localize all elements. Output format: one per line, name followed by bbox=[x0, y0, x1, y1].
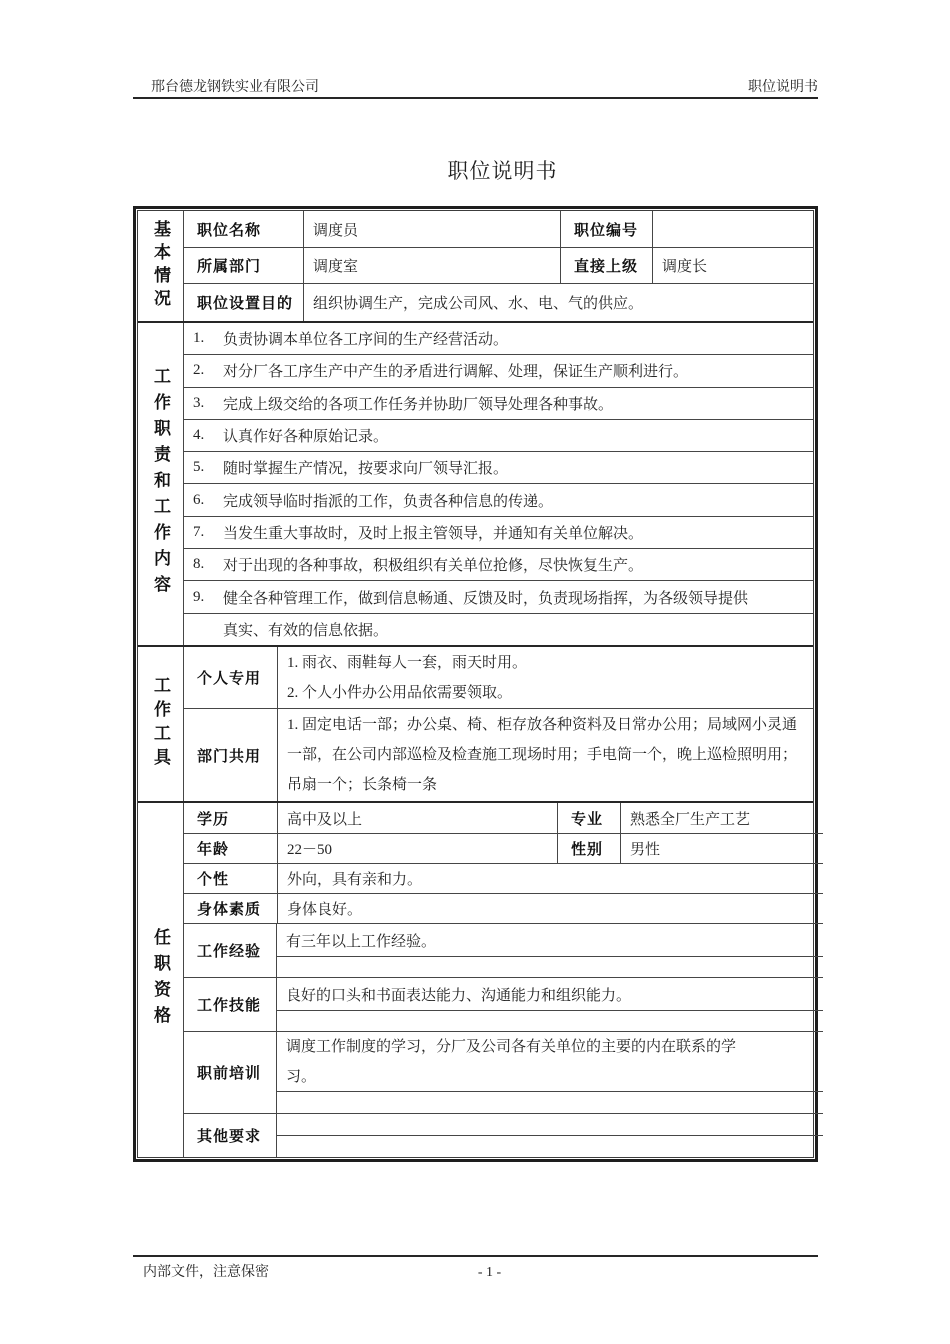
section-basic-body: 职位名称 调度员 职位编号 所属部门 调度室 直接上级 调度长 职位设置目的 组… bbox=[184, 211, 813, 321]
section-label-work-tools: 工作工具 bbox=[138, 647, 184, 801]
label-department: 所属部门 bbox=[184, 248, 303, 283]
label-personal-tools: 个人专用 bbox=[184, 647, 277, 708]
duty-text: 对于出现的各种事故，积极组织有关单位抢修，尽快恢复生产。 bbox=[223, 554, 813, 575]
value-position-purpose: 组织协调生产，完成公司风、水、电、气的供应。 bbox=[303, 284, 813, 321]
duty-item: 7. 当发生重大事故时，及时上报主管领导，并通知有关单位解决。 bbox=[184, 516, 813, 548]
table-row-group: 其他要求 bbox=[184, 1113, 823, 1157]
value-direct-superior: 调度长 bbox=[652, 248, 813, 283]
label-specialty: 专业 bbox=[557, 803, 620, 833]
label-shared-tools: 部门共用 bbox=[184, 709, 277, 801]
duty-item: 5. 随时掌握生产情况，按要求向厂领导汇报。 bbox=[184, 451, 813, 483]
duty-number: 5. bbox=[184, 459, 223, 476]
value-personal-tools: 1. 雨衣、雨鞋每人一套，雨天时用。 2. 个人小件办公用品依需要领取。 bbox=[277, 647, 813, 708]
document-title: 职位说明书 bbox=[160, 155, 845, 185]
label-age: 年龄 bbox=[184, 834, 277, 863]
label-position-purpose: 职位设置目的 bbox=[184, 284, 303, 321]
value-job-number bbox=[652, 211, 813, 247]
label-job-number: 职位编号 bbox=[560, 211, 652, 247]
duty-item: 8. 对于出现的各种事故，积极组织有关单位抢修，尽快恢复生产。 bbox=[184, 548, 813, 580]
label-work-skills: 工作技能 bbox=[184, 978, 277, 1031]
work-skills-cells: 良好的口头和书面表达能力、沟通能力和组织能力。 bbox=[277, 978, 823, 1031]
page-header: 邢台德龙钢铁实业有限公司 职位说明书 bbox=[133, 80, 818, 96]
duty-number: 6. bbox=[184, 492, 223, 509]
duty-number: 3. bbox=[184, 395, 223, 412]
table-row-group: 职前培训 调度工作制度的学习，分厂及公司各有关单位的主要的内在联系的学习。 bbox=[184, 1031, 823, 1113]
footer-rule bbox=[133, 1255, 818, 1257]
duty-number: 1. bbox=[184, 330, 223, 347]
section-basic-info: 基本情况 职位名称 调度员 职位编号 所属部门 调度室 直接上级 调度长 bbox=[138, 211, 813, 321]
value-physique: 身体良好。 bbox=[277, 894, 823, 923]
value-other-requirements bbox=[277, 1114, 823, 1136]
value-work-experience: 有三年以上工作经验。 bbox=[277, 924, 823, 957]
duty-item: 9. 健全各种管理工作，做到信息畅通、反馈及时，负责现场指挥，为各级领导提供 bbox=[184, 580, 813, 612]
value-specialty: 熟悉全厂生产工艺 bbox=[620, 803, 823, 833]
duty-item: 3. 完成上级交给的各项工作任务并协助厂领导处理各种事故。 bbox=[184, 387, 813, 419]
other-requirements-cells bbox=[277, 1114, 823, 1157]
duty-text: 完成上级交给的各项工作任务并协助厂领导处理各种事故。 bbox=[223, 393, 813, 414]
section-tools-body: 个人专用 1. 雨衣、雨鞋每人一套，雨天时用。 2. 个人小件办公用品依需要领取… bbox=[184, 647, 813, 801]
value-gender: 男性 bbox=[620, 834, 823, 863]
duty-text: 随时掌握生产情况，按要求向厂领导汇报。 bbox=[223, 457, 813, 478]
document-page: 邢台德龙钢铁实业有限公司 职位说明书 职位说明书 基本情况 职位名称 调度员 职… bbox=[0, 0, 950, 1344]
empty-cell bbox=[277, 1011, 823, 1031]
label-education: 学历 bbox=[184, 803, 277, 833]
duty-item: 2. 对分厂各工序生产中产生的矛盾进行调解、处理，保证生产顺利进行。 bbox=[184, 354, 813, 386]
value-work-skills: 良好的口头和书面表达能力、沟通能力和组织能力。 bbox=[277, 978, 823, 1011]
empty-cell bbox=[277, 1092, 823, 1113]
table-row: 部门共用 1. 固定电话一部；办公桌、椅、柜存放各种资料及日常办公用；局域网小灵… bbox=[184, 708, 813, 801]
header-rule bbox=[133, 97, 818, 99]
duty-number: 4. bbox=[184, 427, 223, 444]
duty-number: 7. bbox=[184, 524, 223, 541]
section-label-qualifications: 任职资格 bbox=[138, 803, 184, 1157]
label-gender: 性别 bbox=[557, 834, 620, 863]
duty-text: 健全各种管理工作，做到信息畅通、反馈及时，负责现场指挥，为各级领导提供 bbox=[223, 587, 813, 608]
value-age: 22－50 bbox=[277, 834, 557, 863]
table-row-group: 工作技能 良好的口头和书面表达能力、沟通能力和组织能力。 bbox=[184, 977, 823, 1031]
shared-tools-text: 1. 固定电话一部；办公桌、椅、柜存放各种资料及日常办公用；局域网小灵通一部，在… bbox=[287, 710, 807, 800]
duty-item: 6. 完成领导临时指派的工作，负责各种信息的传递。 bbox=[184, 483, 813, 515]
label-direct-superior: 直接上级 bbox=[560, 248, 652, 283]
section-label-duties: 工作职责和工作内容 bbox=[138, 323, 184, 645]
table-row: 个人专用 1. 雨衣、雨鞋每人一套，雨天时用。 2. 个人小件办公用品依需要领取… bbox=[184, 647, 813, 708]
table-row-group: 工作经验 有三年以上工作经验。 bbox=[184, 923, 823, 977]
section-duties-body: 1. 负责协调本单位各工序间的生产经营活动。 2. 对分厂各工序生产中产生的矛盾… bbox=[184, 323, 813, 645]
work-experience-cells: 有三年以上工作经验。 bbox=[277, 924, 823, 977]
table-row: 个性 外向，具有亲和力。 bbox=[184, 863, 823, 893]
pre-job-training-text: 调度工作制度的学习，分厂及公司各有关单位的主要的内在联系的学习。 bbox=[286, 1032, 758, 1092]
label-other-requirements: 其他要求 bbox=[184, 1114, 277, 1157]
label-work-experience: 工作经验 bbox=[184, 924, 277, 977]
duty-text: 完成领导临时指派的工作，负责各种信息的传递。 bbox=[223, 490, 813, 511]
value-shared-tools: 1. 固定电话一部；办公桌、椅、柜存放各种资料及日常办公用；局域网小灵通一部，在… bbox=[277, 709, 813, 801]
pre-job-training-cells: 调度工作制度的学习，分厂及公司各有关单位的主要的内在联系的学习。 bbox=[277, 1032, 823, 1113]
section-qualifications-body: 学历 高中及以上 专业 熟悉全厂生产工艺 年龄 22－50 性别 男性 个性 外… bbox=[184, 803, 823, 1157]
duty-number: 9. bbox=[184, 589, 223, 606]
table-row: 职位名称 调度员 职位编号 bbox=[184, 211, 813, 247]
label-personality: 个性 bbox=[184, 864, 277, 893]
value-personality: 外向，具有亲和力。 bbox=[277, 864, 823, 893]
section-qualifications: 任职资格 学历 高中及以上 专业 熟悉全厂生产工艺 年龄 22－50 性别 男性 bbox=[138, 801, 813, 1157]
personal-tools-line: 1. 雨衣、雨鞋每人一套，雨天时用。 bbox=[287, 648, 807, 678]
duty-text: 对分厂各工序生产中产生的矛盾进行调解、处理，保证生产顺利进行。 bbox=[223, 360, 813, 381]
table-row: 职位设置目的 组织协调生产，完成公司风、水、电、气的供应。 bbox=[184, 283, 813, 321]
personal-tools-line: 2. 个人小件办公用品依需要领取。 bbox=[287, 678, 807, 708]
label-physique: 身体素质 bbox=[184, 894, 277, 923]
value-pre-job-training: 调度工作制度的学习，分厂及公司各有关单位的主要的内在联系的学习。 bbox=[277, 1032, 823, 1092]
empty-cell bbox=[277, 1136, 823, 1157]
table-row: 所属部门 调度室 直接上级 调度长 bbox=[184, 247, 813, 283]
section-work-tools: 工作工具 个人专用 1. 雨衣、雨鞋每人一套，雨天时用。 2. 个人小件办公用品… bbox=[138, 645, 813, 801]
duty-text: 当发生重大事故时，及时上报主管领导，并通知有关单位解决。 bbox=[223, 522, 813, 543]
duty-number: 2. bbox=[184, 362, 223, 379]
table-row: 身体素质 身体良好。 bbox=[184, 893, 823, 923]
header-doc-type: 职位说明书 bbox=[748, 80, 818, 96]
value-department: 调度室 bbox=[303, 248, 560, 283]
duty-text: 真实、有效的信息依据。 bbox=[223, 619, 813, 640]
label-pre-job-training: 职前培训 bbox=[184, 1032, 277, 1113]
duty-text: 负责协调本单位各工序间的生产经营活动。 bbox=[223, 328, 813, 349]
duty-item: 4. 认真作好各种原始记录。 bbox=[184, 419, 813, 451]
section-duties: 工作职责和工作内容 1. 负责协调本单位各工序间的生产经营活动。 2. 对分厂各… bbox=[138, 321, 813, 645]
value-job-title: 调度员 bbox=[303, 211, 560, 247]
empty-cell bbox=[277, 957, 823, 977]
value-education: 高中及以上 bbox=[277, 803, 557, 833]
table-row: 学历 高中及以上 专业 熟悉全厂生产工艺 bbox=[184, 803, 823, 833]
footer-page-number: - 1 - bbox=[478, 1264, 501, 1282]
page-footer: 内部文件，注意保密 - 1 - bbox=[133, 1264, 818, 1282]
table-row: 年龄 22－50 性别 男性 bbox=[184, 833, 823, 863]
label-job-title: 职位名称 bbox=[184, 211, 303, 247]
duty-item-continuation: 真实、有效的信息依据。 bbox=[184, 613, 813, 645]
duty-number: 8. bbox=[184, 556, 223, 573]
header-company: 邢台德龙钢铁实业有限公司 bbox=[133, 80, 319, 96]
job-description-table: 基本情况 职位名称 调度员 职位编号 所属部门 调度室 直接上级 调度长 bbox=[133, 206, 818, 1162]
table-inner-border: 基本情况 职位名称 调度员 职位编号 所属部门 调度室 直接上级 调度长 bbox=[137, 210, 814, 1158]
duty-item: 1. 负责协调本单位各工序间的生产经营活动。 bbox=[184, 323, 813, 354]
section-label-basic-info: 基本情况 bbox=[138, 211, 184, 321]
footer-confidential-note: 内部文件，注意保密 bbox=[133, 1265, 269, 1280]
duty-text: 认真作好各种原始记录。 bbox=[223, 425, 813, 446]
